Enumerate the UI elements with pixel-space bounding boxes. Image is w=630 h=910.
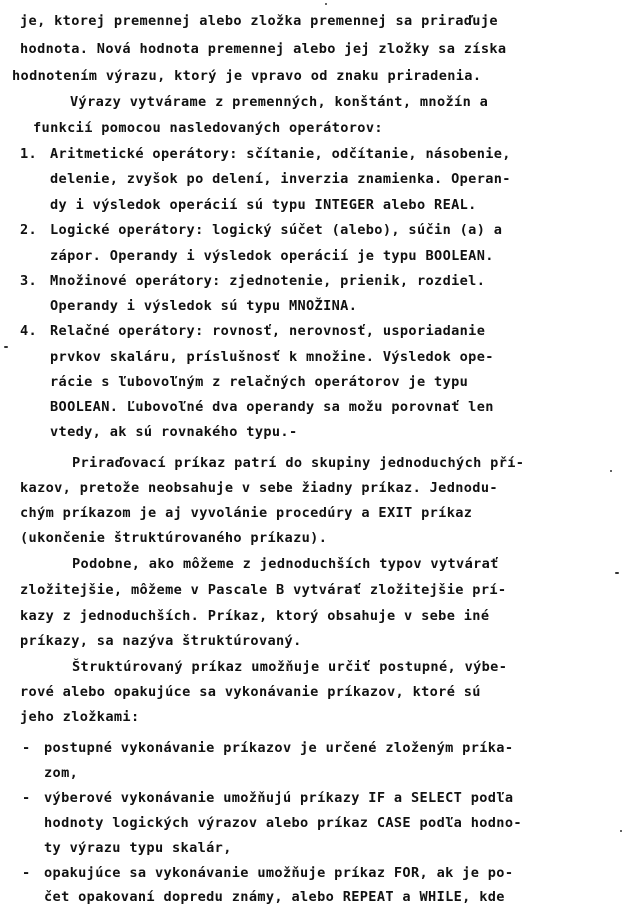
paragraph-line: hodnotením výrazu, ktorý je vpravo od zn… [12, 68, 481, 84]
scanned-document-page: je, ktorej premennej alebo zložka premen… [0, 0, 630, 910]
list-item-line: Operandy i výsledok sú typu MNOŽINA. [50, 298, 357, 314]
list-item-line: výberové vykonávanie umožňujú príkazy IF… [44, 790, 513, 806]
list-marker: 4. [20, 323, 37, 339]
paragraph-line: zložitejšie, môžeme v Pascale B vytvárať… [20, 582, 506, 598]
paragraph-line: kazy z jednoduchších. Príkaz, ktorý obsa… [20, 608, 489, 624]
list-item-line: vtedy, ak sú rovnakého typu.- [50, 424, 298, 440]
scan-speck [325, 3, 327, 5]
scan-speck [615, 572, 619, 574]
paragraph-line: Podobne, ako môžeme z jednoduchších typo… [72, 556, 499, 572]
paragraph-line: Štruktúrovaný príkaz umožňuje určiť post… [72, 659, 507, 675]
list-item-line: BOOLEAN. Ľubovoľné dva operandy sa možu … [50, 399, 494, 415]
list-marker: 2. [20, 222, 37, 238]
list-item-line: Aritmetické operátory: sčítanie, odčítan… [50, 146, 511, 162]
list-item-line: hodnoty logických výrazov alebo príkaz C… [44, 815, 522, 831]
list-item-line: čet opakovaní dopredu známy, alebo REPEA… [44, 889, 505, 905]
list-marker: - [22, 740, 31, 756]
list-item-line: opakujúce sa vykonávanie umožňuje príkaz… [44, 865, 513, 881]
list-item-line: Relačné operátory: rovnosť, nerovnosť, u… [50, 323, 485, 339]
paragraph-line: hodnota. Nová hodnota premennej alebo je… [20, 41, 506, 57]
list-item-line: prvkov skaláru, príslušnosť k množine. V… [50, 349, 494, 365]
paragraph-line: rové alebo opakujúce sa vykonávanie prík… [20, 684, 481, 700]
paragraph-line: chým príkazom je aj vyvolánie procedúry … [20, 505, 472, 521]
list-item-line: Logické operátory: logický súčet (alebo)… [50, 222, 502, 238]
paragraph-line: Výrazy vytvárame z premenných, konštánt,… [70, 94, 488, 110]
paragraph-line: funkcií pomocou nasledovaných operátorov… [33, 120, 383, 136]
list-marker: 3. [20, 273, 37, 289]
scan-speck [610, 470, 612, 472]
list-marker: 1. [20, 146, 37, 162]
list-item-line: dy i výsledok operácií sú typu INTEGER a… [50, 197, 477, 213]
list-marker: - [22, 790, 31, 806]
list-item-line: zápor. Operandy i výsledok operácií je t… [50, 248, 494, 264]
paragraph-line: (ukončenie štruktúrovaného príkazu). [20, 530, 327, 546]
scan-speck [620, 830, 622, 832]
list-item-line: ty výrazu typu skalár, [44, 840, 232, 856]
list-item-line: zom, [44, 765, 78, 781]
paragraph-line: jeho zložkami: [20, 709, 139, 725]
list-item-line: postupné vykonávanie príkazov je určené … [44, 740, 513, 756]
list-item-line: Množinové operátory: zjednotenie, prieni… [50, 273, 485, 289]
list-marker: - [22, 865, 31, 881]
list-item-line: rácie s ľubovoľným z relačných operátoro… [50, 374, 468, 390]
list-item-line: delenie, zvyšok po delení, inverzia znam… [50, 171, 511, 187]
paragraph-line: Priraďovací príkaz patrí do skupiny jedn… [72, 455, 524, 471]
paragraph-line: príkazy, sa nazýva štruktúrovaný. [20, 633, 302, 649]
scan-speck [4, 346, 8, 348]
paragraph-line: je, ktorej premennej alebo zložka premen… [20, 13, 498, 29]
paragraph-line: kazov, pretože neobsahuje v sebe žiadny … [20, 480, 498, 496]
